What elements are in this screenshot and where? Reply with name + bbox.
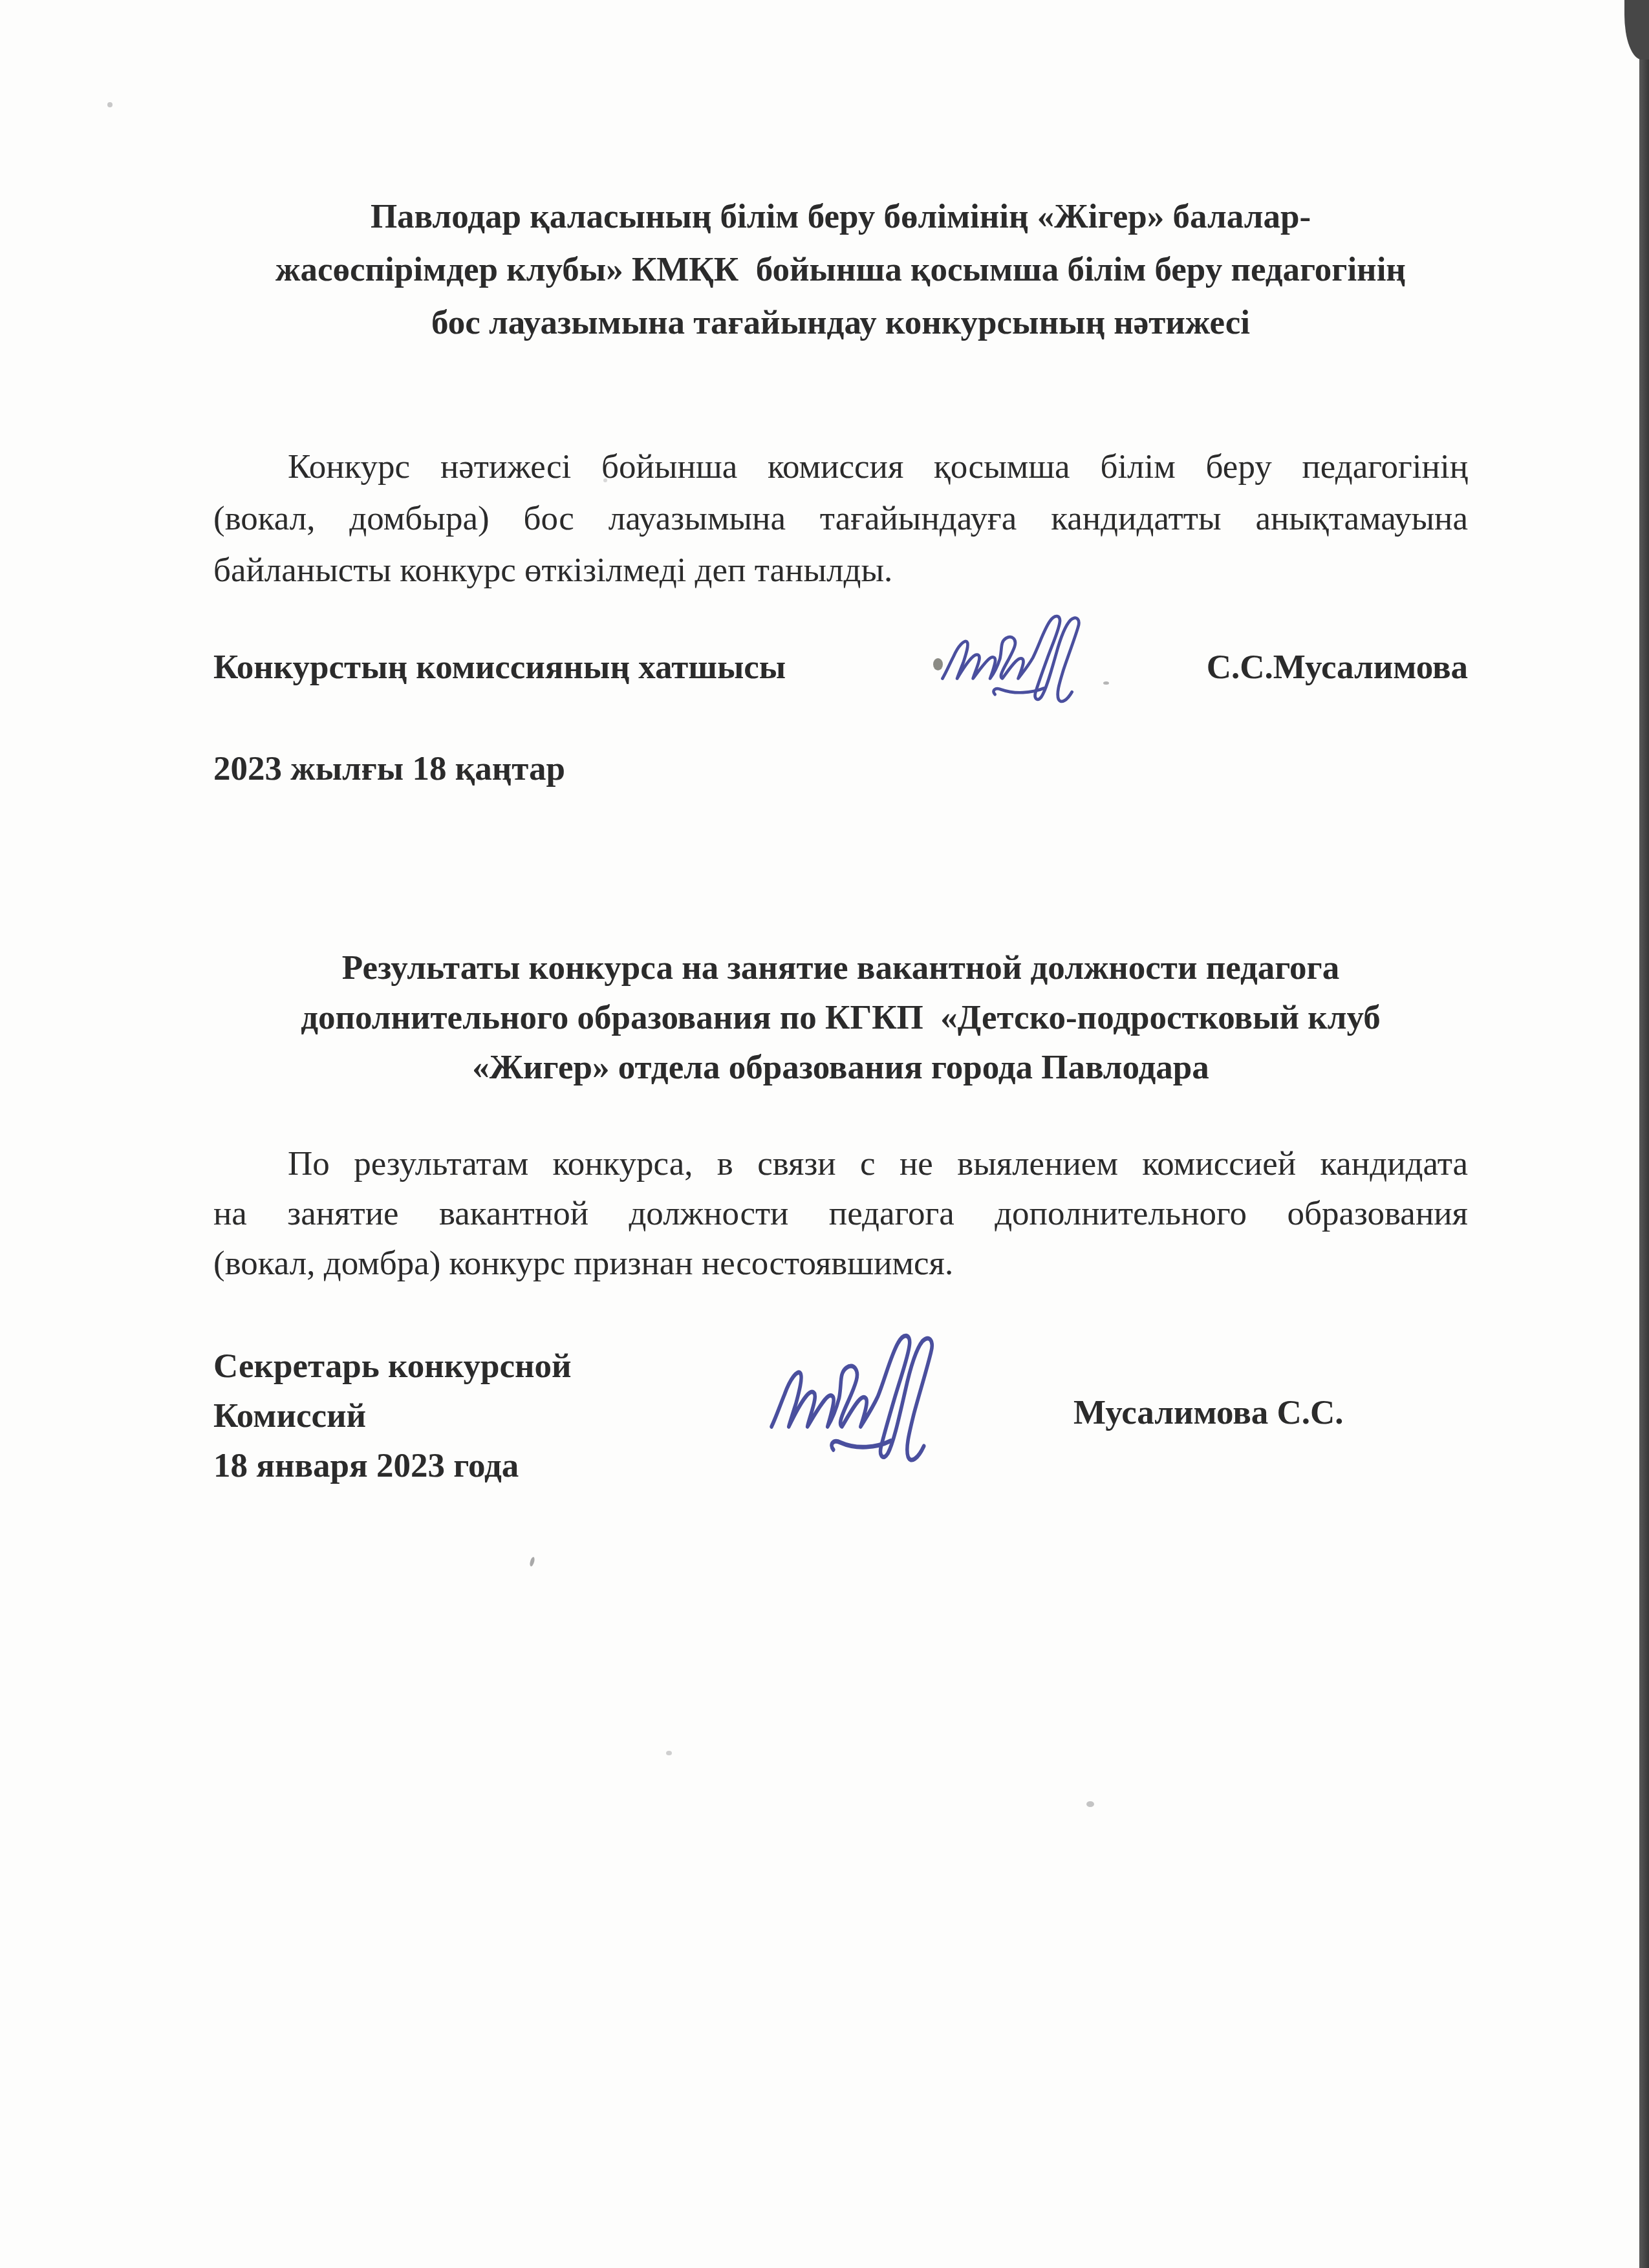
ru-title: Результаты конкурса на занятие вакантной… (213, 943, 1468, 1093)
scan-speck (933, 658, 943, 670)
scan-corner-artifact (1624, 0, 1649, 59)
kk-title-line-3: бос лауазымына тағайындау конкурсының нә… (213, 296, 1468, 349)
ru-signature-name: Мусалимова С.С. (1073, 1387, 1344, 1439)
kk-title: Павлодар қаласының білім беру бөлімінің … (213, 190, 1468, 349)
ru-paragraph-line-1: По результатам конкурса, в связи с не вы… (213, 1139, 1468, 1189)
scan-speck (666, 1751, 672, 1755)
ru-title-line-2: дополнительного образования по КГКП «Дет… (213, 993, 1468, 1043)
kk-signature-role: Конкурстың комиссияның хатшысы (213, 641, 786, 693)
ru-paragraph-line-3: (вокал, домбра) конкурс признан несостоя… (213, 1239, 1468, 1289)
scan-speck (107, 102, 113, 107)
kk-title-line-2: жасөспірімдер клубы» КМҚК бойынша қосымш… (213, 243, 1468, 296)
handwritten-signature-icon (936, 612, 1101, 711)
ru-paragraph: По результатам конкурса, в связи с не вы… (213, 1139, 1468, 1289)
document-page: Павлодар қаласының білім беру бөлімінің … (0, 0, 1649, 2268)
ru-paragraph-line-2: на занятие вакантной должности педагога … (213, 1189, 1468, 1239)
scan-edge-artifact (1639, 0, 1649, 2268)
kk-signature-row: Конкурстың комиссияның хатшысы С.С.Мусал… (213, 641, 1468, 732)
kk-paragraph-line-2: (вокал, домбыра) бос лауазымына тағайынд… (213, 493, 1468, 544)
kk-paragraph: Конкурс нәтижесі бойынша комиссия қосымш… (213, 441, 1468, 596)
ru-title-line-1: Результаты конкурса на занятие вакантной… (213, 943, 1468, 993)
kk-paragraph-line-1: Конкурс нәтижесі бойынша комиссия қосымш… (213, 441, 1468, 493)
kk-title-line-1: Павлодар қаласының білім беру бөлімінің … (213, 190, 1468, 243)
scan-speck (603, 478, 607, 482)
scan-speck (1103, 681, 1109, 685)
ru-title-line-3: «Жигер» отдела образования города Павлод… (213, 1043, 1468, 1093)
scan-speck (529, 1556, 535, 1567)
handwritten-signature-icon (764, 1331, 958, 1473)
kk-signature-name: С.С.Мусалимова (1207, 641, 1468, 693)
kk-paragraph-line-3: байланысты конкурс өткізілмеді деп таныл… (213, 544, 1468, 596)
scan-speck (1086, 1801, 1094, 1807)
kk-date: 2023 жылғы 18 қаңтар (213, 743, 565, 795)
